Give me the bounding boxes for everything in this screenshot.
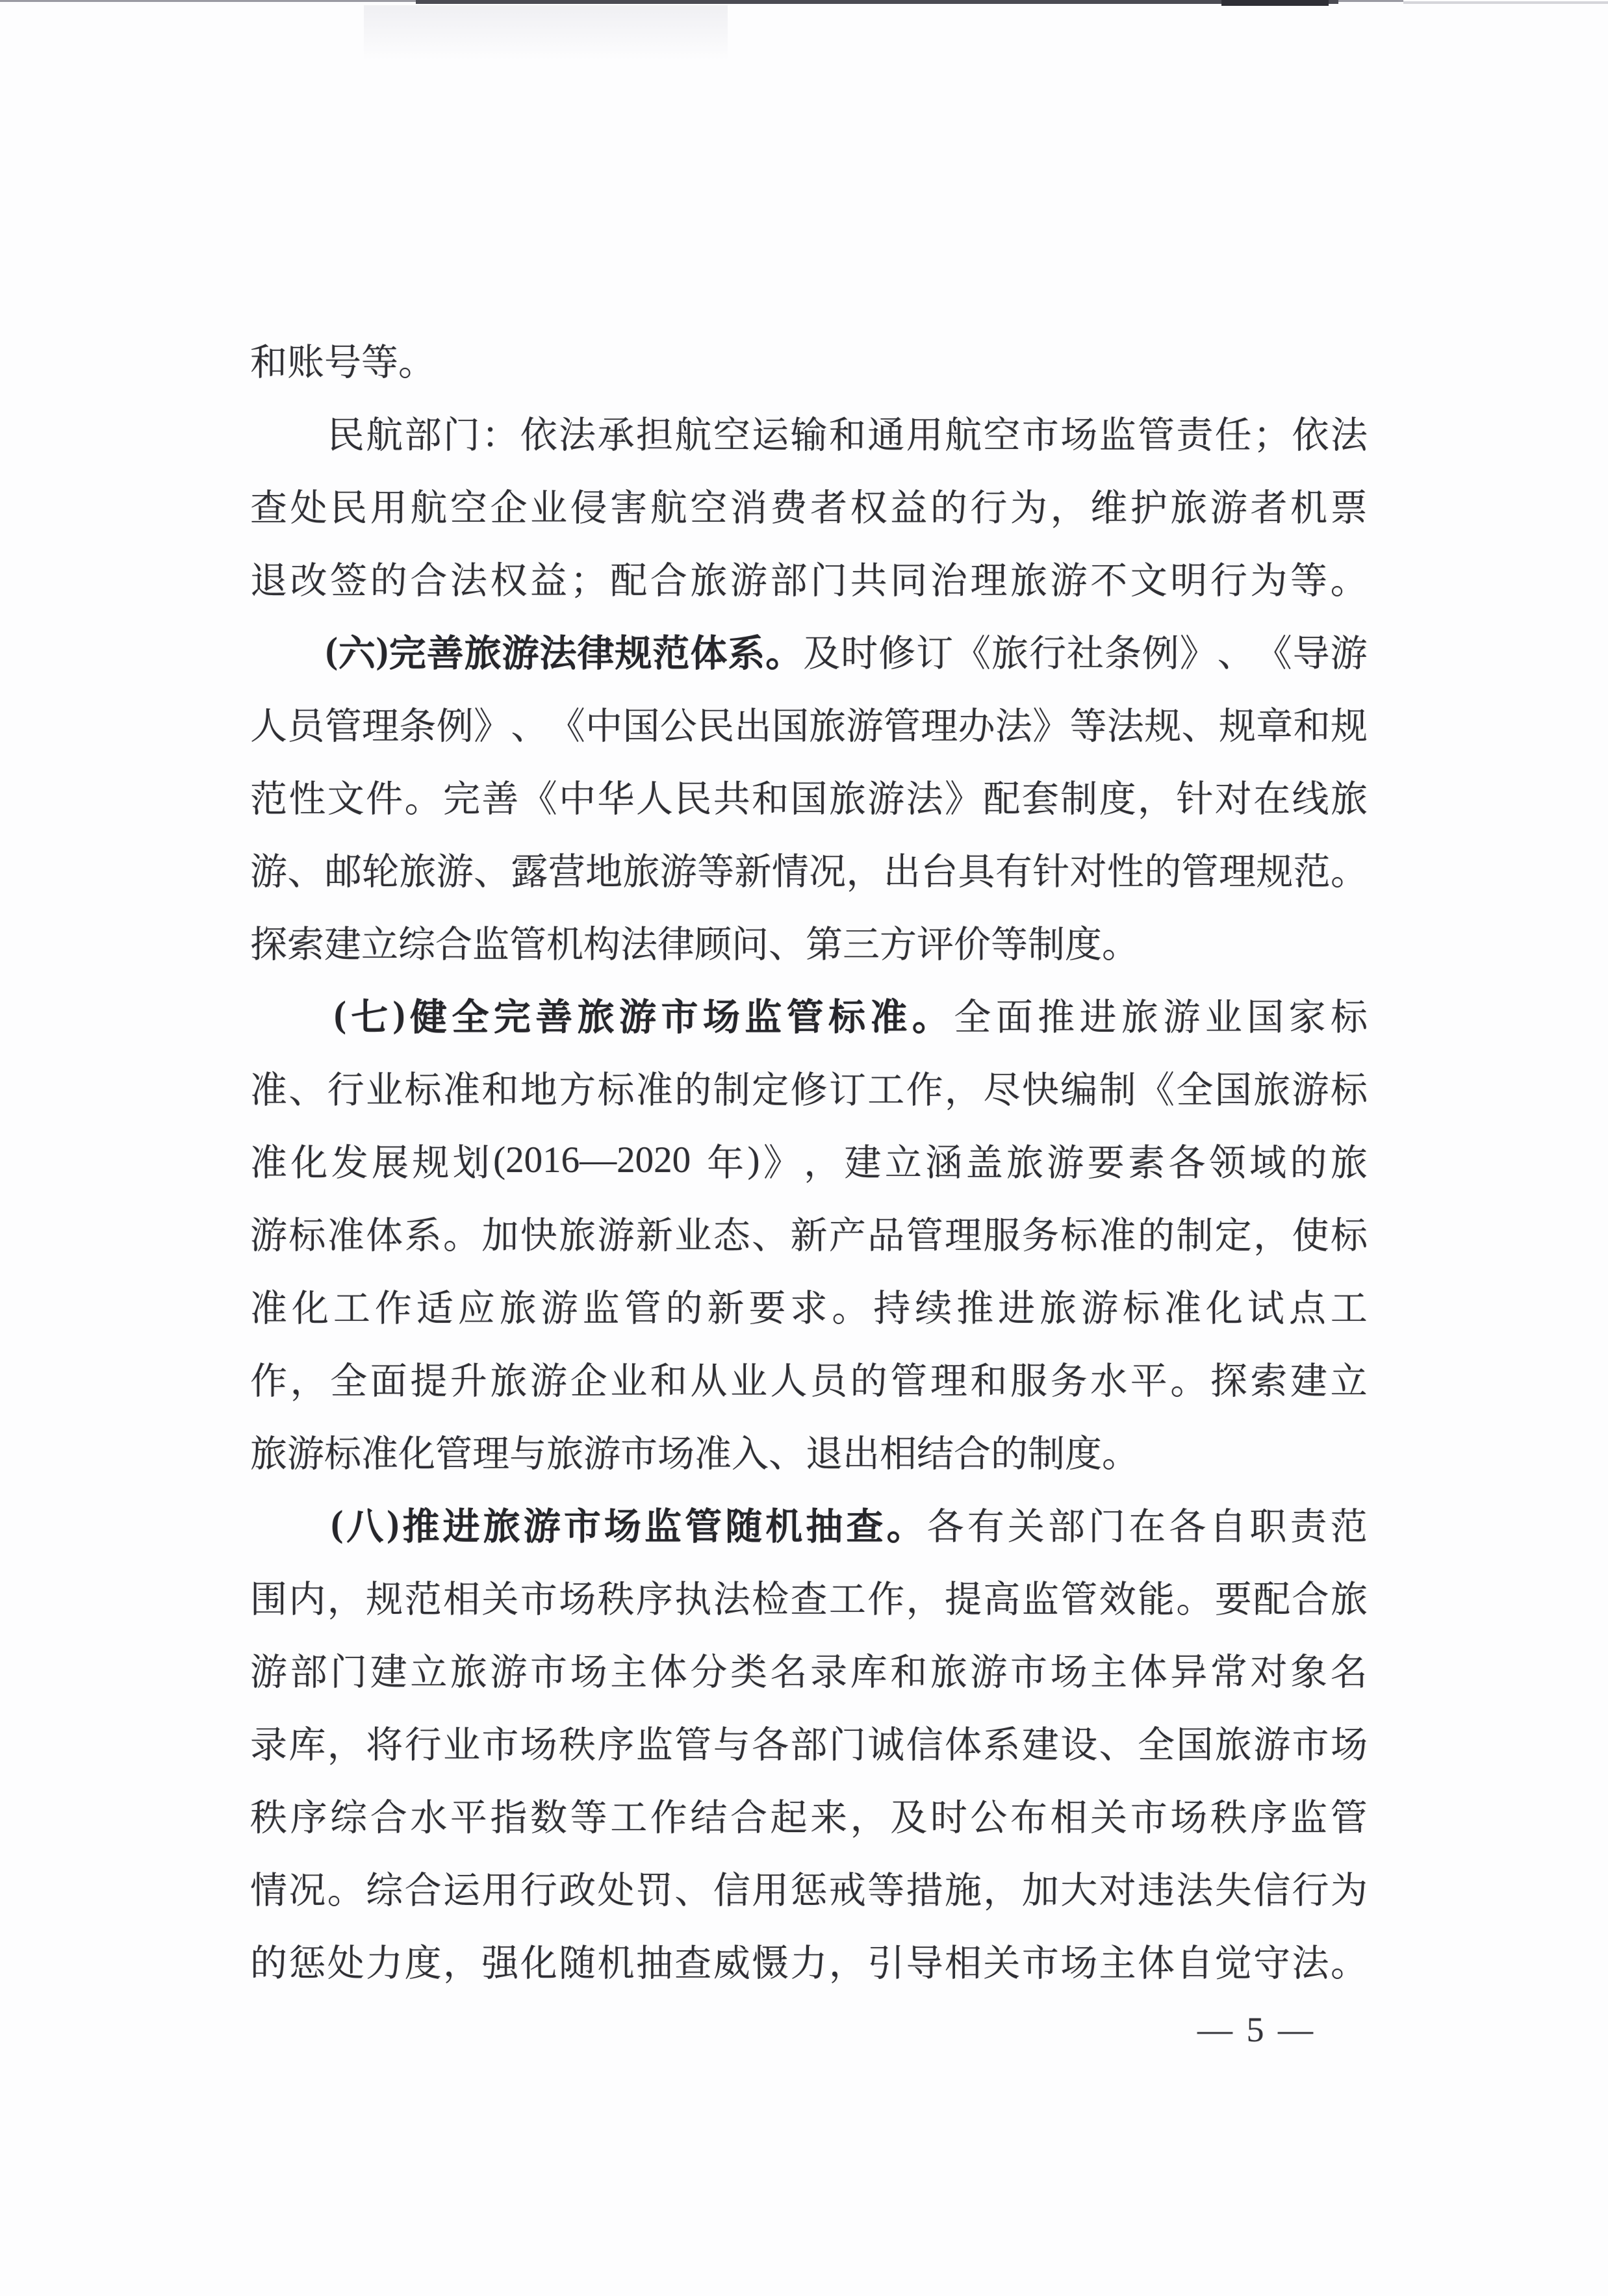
- body-glyph: 化: [1206, 1279, 1243, 1332]
- body-glyph: 对: [1250, 1642, 1287, 1696]
- body-glyph: 将: [366, 1715, 403, 1768]
- body-glyph: ，: [850, 1788, 887, 1841]
- heading-glyph: 推: [402, 1497, 439, 1550]
- body-glyph: ，: [1138, 769, 1175, 823]
- body-glyph: 为: [1010, 478, 1047, 531]
- body-glyph: 理: [362, 696, 399, 750]
- body-glyph: 输: [790, 405, 827, 459]
- heading-glyph: 范: [652, 624, 689, 677]
- body-glyph: 度: [1065, 915, 1102, 968]
- body-glyph: 强: [481, 1933, 518, 1987]
- body-glyph: 体: [650, 1642, 687, 1696]
- body-glyph: 准: [250, 1133, 287, 1186]
- body-glyph: 为: [1250, 551, 1287, 604]
- body-glyph: 围: [250, 1570, 287, 1623]
- body-glyph: 依: [1292, 405, 1329, 459]
- body-glyph: 问: [732, 915, 769, 968]
- body-glyph: 管: [325, 696, 362, 750]
- heading-glyph: 善: [427, 624, 464, 677]
- body-glyph: 秩: [250, 1788, 287, 1841]
- body-glyph: 市: [1130, 1788, 1168, 1841]
- body-glyph: 法: [1331, 405, 1368, 459]
- body-glyph: 升: [450, 1351, 487, 1405]
- body-glyph: 游: [1081, 1279, 1118, 1332]
- body-glyph: 旅: [1215, 1715, 1252, 1768]
- body-glyph: 等: [1290, 551, 1327, 604]
- body-glyph: 等: [697, 842, 734, 895]
- body-glyph: 例: [437, 696, 474, 750]
- body-glyph: 威: [713, 1933, 750, 1987]
- body-glyph: 文: [1130, 551, 1168, 604]
- body-glyph: 行: [1292, 1861, 1329, 1914]
- body-glyph: 治: [930, 551, 967, 604]
- body-glyph: 服: [1010, 1351, 1047, 1405]
- text-line: 准、行业标准和地方标准的制定修订工作，尽快编制《全国旅游标: [250, 1051, 1368, 1123]
- body-glyph: 场: [1170, 1788, 1207, 1841]
- body-glyph: 业: [366, 1060, 403, 1114]
- body-glyph: 常: [1210, 1642, 1247, 1696]
- body-glyph: [250, 988, 287, 1041]
- body-glyph: 觉: [1215, 1933, 1252, 1987]
- heading-glyph: 健: [410, 988, 447, 1041]
- body-glyph: 处: [290, 478, 327, 531]
- body-glyph: 标: [288, 1206, 325, 1259]
- body-glyph: 行: [970, 478, 1007, 531]
- scan-artifact-top-band: [416, 0, 1338, 4]
- body-glyph: 业: [730, 1351, 767, 1405]
- body-glyph: 责: [1176, 405, 1213, 459]
- body-glyph: 自: [1176, 1933, 1213, 1987]
- body-glyph: 企: [490, 478, 527, 531]
- body-glyph: 法: [450, 551, 487, 604]
- body-glyph: 体: [945, 1715, 982, 1768]
- body-glyph: 线: [1292, 769, 1329, 823]
- body-glyph: 》: [474, 696, 511, 750]
- body-glyph: 秩: [559, 1715, 596, 1768]
- body-glyph: ): [747, 1139, 759, 1181]
- body-glyph: 市: [530, 1642, 567, 1696]
- body-glyph: 立: [361, 915, 398, 968]
- body-glyph: 中: [585, 696, 622, 750]
- body-glyph: 准: [250, 1279, 287, 1332]
- body-glyph: 》: [1032, 696, 1069, 750]
- body-glyph: 理: [472, 1424, 509, 1477]
- body-glyph: 合: [410, 551, 447, 604]
- body-glyph: 责: [1290, 1497, 1327, 1550]
- body-glyph: ，: [443, 1933, 480, 1987]
- body-glyph: 化: [290, 1133, 327, 1186]
- body-glyph: (2016—2020: [493, 1139, 691, 1181]
- body-glyph: 进: [1080, 988, 1117, 1041]
- body-glyph: 用: [370, 478, 407, 531]
- body-glyph: ；: [570, 551, 607, 604]
- body-glyph: ，: [290, 1351, 327, 1405]
- body-glyph: 展: [372, 1133, 409, 1186]
- body-glyph: 持: [873, 1279, 910, 1332]
- body-glyph: 域: [1249, 1133, 1286, 1186]
- body-glyph: 新: [734, 842, 771, 895]
- body-glyph: 数: [530, 1788, 567, 1841]
- body-glyph: 作: [867, 1570, 904, 1623]
- body-glyph: 游: [598, 1206, 635, 1259]
- body-glyph: 法: [620, 915, 657, 968]
- body-glyph: 方: [880, 915, 917, 968]
- body-glyph: 等: [361, 333, 398, 386]
- body-glyph: 监: [636, 1715, 673, 1768]
- body-glyph: 改: [290, 551, 327, 604]
- body-glyph: 法: [995, 696, 1032, 750]
- body-glyph: 旅: [490, 1351, 527, 1405]
- body-glyph: 民: [327, 405, 364, 459]
- body-glyph: 准: [695, 1424, 732, 1477]
- body-glyph: 管: [624, 1279, 661, 1332]
- body-glyph: 综: [366, 1861, 403, 1914]
- body-glyph: 通: [867, 405, 904, 459]
- body-glyph: 公: [970, 1788, 1007, 1841]
- body-glyph: 准: [636, 1060, 673, 1114]
- body-glyph: 。: [832, 1279, 869, 1332]
- text-line: 人员管理条例》、《中国公民出国旅游管理办法》等法规、规章和规: [250, 687, 1368, 759]
- body-glyph: ：: [481, 405, 518, 459]
- body-glyph: 能: [1138, 1570, 1175, 1623]
- text-line: 范性文件。完善《中华人民共和国旅游法》配套制度，针对在线旅: [250, 759, 1368, 832]
- body-glyph: 政: [559, 1861, 596, 1914]
- body-glyph: 的: [991, 1424, 1028, 1477]
- body-glyph: 秩: [1210, 1788, 1247, 1841]
- body-glyph: 、: [1099, 1715, 1136, 1768]
- body-glyph: 国: [772, 696, 809, 750]
- body-glyph: 市: [481, 1715, 518, 1768]
- body-glyph: 配: [1253, 1570, 1290, 1623]
- body-glyph: 条: [399, 696, 436, 750]
- body-glyph: 规: [366, 1570, 403, 1623]
- body-glyph: 设: [1060, 1715, 1097, 1768]
- body-glyph: 旅: [809, 696, 846, 750]
- text-line: 情况。综合运用行政处罚、信用惩戒等措施，加大对违法失信行为: [250, 1851, 1368, 1924]
- body-glyph: 范: [405, 1570, 442, 1623]
- body-glyph: 序: [1250, 1788, 1287, 1841]
- body-glyph: 地: [585, 842, 622, 895]
- body-glyph: 游: [1051, 551, 1088, 604]
- body-glyph: 例: [1142, 624, 1179, 677]
- body-glyph: 同: [890, 551, 927, 604]
- body-glyph: 具: [958, 842, 995, 895]
- body-glyph: 全: [954, 988, 991, 1041]
- body-glyph: 旅: [1010, 551, 1047, 604]
- body-glyph: 起: [771, 1788, 808, 1841]
- body-glyph: 旅: [1006, 1133, 1043, 1186]
- body-glyph: 《: [548, 696, 585, 750]
- body-glyph: 国: [622, 696, 659, 750]
- body-glyph: 场: [1051, 1642, 1088, 1696]
- body-glyph: 游: [1331, 624, 1368, 677]
- body-glyph: 务: [1022, 1206, 1059, 1259]
- body-glyph: 退: [806, 1424, 843, 1477]
- body-glyph: 和: [970, 1351, 1007, 1405]
- body-glyph: 订: [829, 1060, 866, 1114]
- text-line: 游、邮轮旅游、露营地旅游等新情况，出台具有针对性的管理规范。: [250, 832, 1368, 905]
- scan-artifact-top-band-light: [1403, 1, 1608, 4]
- body-glyph: 分: [690, 1642, 727, 1696]
- body-glyph: 性: [1107, 842, 1144, 895]
- heading-glyph: 监: [644, 1497, 682, 1550]
- body-glyph: [292, 988, 329, 1041]
- body-glyph: 空: [450, 478, 487, 531]
- body-glyph: 点: [1289, 1279, 1326, 1332]
- body-glyph: 游: [1292, 1060, 1329, 1114]
- body-glyph: 定: [752, 1060, 789, 1114]
- body-glyph: 旅: [622, 842, 659, 895]
- body-glyph: 建: [1290, 1351, 1327, 1405]
- body-glyph: 加: [481, 1206, 518, 1259]
- body-glyph: 市: [1022, 405, 1059, 459]
- body-glyph: 《: [1255, 624, 1292, 677]
- body-glyph: 类: [730, 1642, 767, 1696]
- body-glyph: 评: [917, 915, 954, 968]
- body-glyph: 查: [250, 478, 287, 531]
- body-glyph: 的: [666, 1279, 703, 1332]
- body-glyph: 游: [1163, 988, 1200, 1041]
- body-glyph: 华: [598, 769, 635, 823]
- body-glyph: 场: [1060, 405, 1097, 459]
- body-glyph: 合: [1292, 1570, 1329, 1623]
- body-glyph: 害: [610, 478, 647, 531]
- body-glyph: [250, 624, 287, 677]
- text-line: 准化工作适应旅游监管的新要求。持续推进旅游标准化试点工: [250, 1269, 1368, 1342]
- body-glyph: 职: [1249, 1497, 1286, 1550]
- body-glyph: 条: [1104, 624, 1142, 677]
- body-glyph: 标: [405, 1060, 442, 1114]
- body-glyph: 业: [1205, 988, 1242, 1041]
- body-glyph: 相: [945, 1933, 982, 1987]
- heading-glyph: 监: [745, 988, 782, 1041]
- body-glyph: 与: [713, 1715, 750, 1768]
- body-glyph: 门: [810, 551, 847, 604]
- body-glyph: 办: [958, 696, 995, 750]
- body-glyph: 要: [1088, 1133, 1125, 1186]
- body-glyph: 的: [1144, 842, 1181, 895]
- body-glyph: 各: [1168, 1133, 1205, 1186]
- heading-glyph: 管: [787, 988, 824, 1041]
- body-glyph: 从: [690, 1351, 727, 1405]
- body-glyph: 管: [884, 696, 921, 750]
- body-glyph: 管: [890, 1351, 927, 1405]
- body-glyph: 旅: [991, 624, 1028, 677]
- body-glyph: 查: [790, 1570, 827, 1623]
- body-glyph: 轮: [362, 842, 399, 895]
- body-glyph: 游: [1253, 1715, 1290, 1768]
- body-glyph: 航: [650, 478, 687, 531]
- body-glyph: 工: [867, 1060, 904, 1114]
- body-glyph: 制: [1176, 1206, 1213, 1259]
- body-glyph: 名: [1331, 1642, 1368, 1696]
- body-glyph: 空: [713, 405, 750, 459]
- body-glyph: 国: [790, 769, 827, 823]
- heading-glyph: 场: [703, 988, 740, 1041]
- body-glyph: 等: [1070, 696, 1107, 750]
- body-glyph: 准: [361, 1424, 398, 1477]
- body-glyph: 名: [771, 1642, 808, 1696]
- body-glyph: [288, 405, 325, 459]
- body-glyph: 部: [1048, 1497, 1085, 1550]
- body-glyph: 使: [1292, 1206, 1329, 1259]
- heading-glyph: (: [334, 993, 346, 1036]
- text-line: 秩序综合水平指数等工作结合起来，及时公布相关市场秩序监管: [250, 1778, 1368, 1851]
- body-glyph: 结: [917, 1424, 954, 1477]
- heading-glyph: 标: [828, 988, 865, 1041]
- body-glyph: 查: [674, 1933, 711, 1987]
- body-glyph: 国: [1215, 1060, 1252, 1114]
- body-glyph: 合: [650, 551, 687, 604]
- body-glyph: 、: [474, 842, 511, 895]
- text-line: 的惩处力度，强化随机抽查威慑力，引导相关市场主体自觉守法。: [250, 1924, 1368, 1996]
- heading-glyph: ): [376, 630, 389, 672]
- text-line: 游部门建立旅游市场主体分类名录库和旅游市场主体异常对象名: [250, 1633, 1368, 1705]
- body-glyph: 和: [890, 1642, 927, 1696]
- body-glyph: 等: [570, 1788, 607, 1841]
- body-glyph: 关: [481, 1570, 518, 1623]
- body-glyph: 行: [1029, 624, 1066, 677]
- body-glyph: 标: [1123, 1279, 1160, 1332]
- body-glyph: ，: [945, 1060, 982, 1114]
- body-glyph: 修: [878, 624, 915, 677]
- body-glyph: 航: [674, 405, 711, 459]
- body-glyph: 措: [906, 1861, 943, 1914]
- body-glyph: 票: [1331, 478, 1368, 531]
- body-glyph: 在: [1253, 769, 1290, 823]
- body-glyph: 范: [1294, 842, 1331, 895]
- body-glyph: 面: [996, 988, 1033, 1041]
- body-glyph: 露: [511, 842, 548, 895]
- body-glyph: 游: [847, 696, 884, 750]
- body-glyph: 市: [520, 1570, 557, 1623]
- body-glyph: 准: [250, 1060, 287, 1114]
- body-glyph: 出: [843, 1424, 880, 1477]
- heading-glyph: 。: [912, 988, 949, 1041]
- body-glyph: 化: [520, 1933, 557, 1987]
- heading-glyph: (: [325, 630, 338, 672]
- body-glyph: 游: [437, 842, 474, 895]
- body-glyph: 账: [287, 333, 324, 386]
- body-glyph: 工: [610, 1788, 647, 1841]
- body-glyph: 序: [290, 1788, 327, 1841]
- body-glyph: 相: [1051, 1788, 1088, 1841]
- body-glyph: 综: [398, 915, 435, 968]
- document-body: 和账号等。 民航部门：依法承担航空运输和通用航空市场监管责任；依法查处民用航空企…: [250, 323, 1368, 1996]
- body-glyph: ，: [1253, 1206, 1290, 1259]
- text-line: 和账号等。: [250, 323, 1368, 396]
- body-glyph: 相: [443, 1570, 480, 1623]
- body-glyph: 时: [841, 624, 878, 677]
- body-glyph: 护: [1130, 478, 1168, 531]
- body-glyph: 共: [713, 769, 750, 823]
- body-glyph: 理: [1219, 842, 1256, 895]
- body-glyph: 游: [250, 1642, 287, 1696]
- body-glyph: 游: [250, 1206, 287, 1259]
- text-line: 准化发展规划(2016—2020 年)》，建立涵盖旅游要素各领域的旅: [250, 1123, 1368, 1196]
- body-glyph: 序: [598, 1715, 635, 1768]
- body-glyph: 诚: [867, 1715, 904, 1768]
- body-glyph: 出: [734, 696, 771, 750]
- heading-glyph: 系: [728, 624, 765, 677]
- body-glyph: 时: [930, 1788, 967, 1841]
- body-glyph: 异: [1170, 1642, 1207, 1696]
- body-glyph: 用: [906, 405, 943, 459]
- text-line: 游标准体系。加快旅游新业态、新产品管理服务标准的制定，使标: [250, 1196, 1368, 1269]
- heading-glyph: 法: [540, 624, 577, 677]
- body-glyph: 部: [771, 551, 808, 604]
- body-glyph: 况: [288, 1861, 325, 1914]
- body-glyph: 指: [490, 1788, 527, 1841]
- body-glyph: 门: [330, 1642, 367, 1696]
- body-glyph: 游: [1047, 1133, 1084, 1186]
- body-glyph: 管: [435, 1424, 472, 1477]
- body-glyph: 制: [1028, 915, 1065, 968]
- body-glyph: 、: [674, 1861, 711, 1914]
- body-glyph: 关: [1008, 1497, 1045, 1550]
- body-glyph: 旅: [450, 1642, 487, 1696]
- body-glyph: 探: [1210, 1351, 1247, 1405]
- body-glyph: 业: [443, 1715, 480, 1768]
- body-glyph: 》: [1180, 624, 1217, 677]
- body-glyph: 违: [1138, 1861, 1175, 1914]
- body-glyph: 平: [1130, 1351, 1168, 1405]
- body-glyph: ，: [983, 1861, 1020, 1914]
- body-glyph: 文: [327, 769, 364, 823]
- heading-glyph: 旅: [483, 1497, 520, 1550]
- body-glyph: 场: [559, 1570, 596, 1623]
- body-glyph: 社: [1067, 624, 1104, 677]
- body-glyph: 加: [1022, 1861, 1059, 1914]
- body-glyph: 不: [1090, 551, 1127, 604]
- body-glyph: 三: [843, 915, 880, 968]
- body-glyph: 市: [1292, 1715, 1329, 1768]
- body-glyph: 年: [707, 1133, 744, 1186]
- body-glyph: 信: [1253, 1861, 1290, 1914]
- body-glyph: 标: [598, 1060, 635, 1114]
- body-glyph: 和: [481, 1060, 518, 1114]
- body-glyph: 定: [1215, 1206, 1252, 1259]
- body-glyph: 体: [366, 1206, 403, 1259]
- body-glyph: 作: [375, 1279, 412, 1332]
- scan-artifact-smudge: [364, 5, 728, 60]
- body-glyph: 要: [1215, 1570, 1252, 1623]
- body-glyph: 续: [915, 1279, 952, 1332]
- body-glyph: 惩: [790, 1861, 827, 1914]
- body-glyph: 性: [288, 769, 325, 823]
- body-glyph: 推: [1038, 988, 1075, 1041]
- body-glyph: 侵: [570, 478, 607, 531]
- body-glyph: 。: [1331, 551, 1368, 604]
- body-glyph: 管: [674, 1715, 711, 1768]
- body-glyph: 章: [1256, 696, 1293, 750]
- body-glyph: 和: [1294, 696, 1331, 750]
- body-glyph: 和: [250, 333, 287, 386]
- body-glyph: 盖: [966, 1133, 1003, 1186]
- body-glyph: 新: [707, 1279, 744, 1332]
- body-glyph: 关: [983, 1933, 1020, 1987]
- body-glyph: 明: [1170, 551, 1207, 604]
- body-glyph: 索: [287, 915, 324, 968]
- body-glyph: 建: [1022, 1715, 1059, 1768]
- body-glyph: 、: [1218, 624, 1255, 677]
- body-glyph: 。: [1331, 1933, 1368, 1987]
- body-glyph: 管: [1138, 405, 1175, 459]
- body-glyph: 法: [1176, 1861, 1213, 1914]
- body-glyph: 门: [1088, 1497, 1125, 1550]
- body-glyph: 理: [945, 1206, 982, 1259]
- body-glyph: 中: [559, 769, 596, 823]
